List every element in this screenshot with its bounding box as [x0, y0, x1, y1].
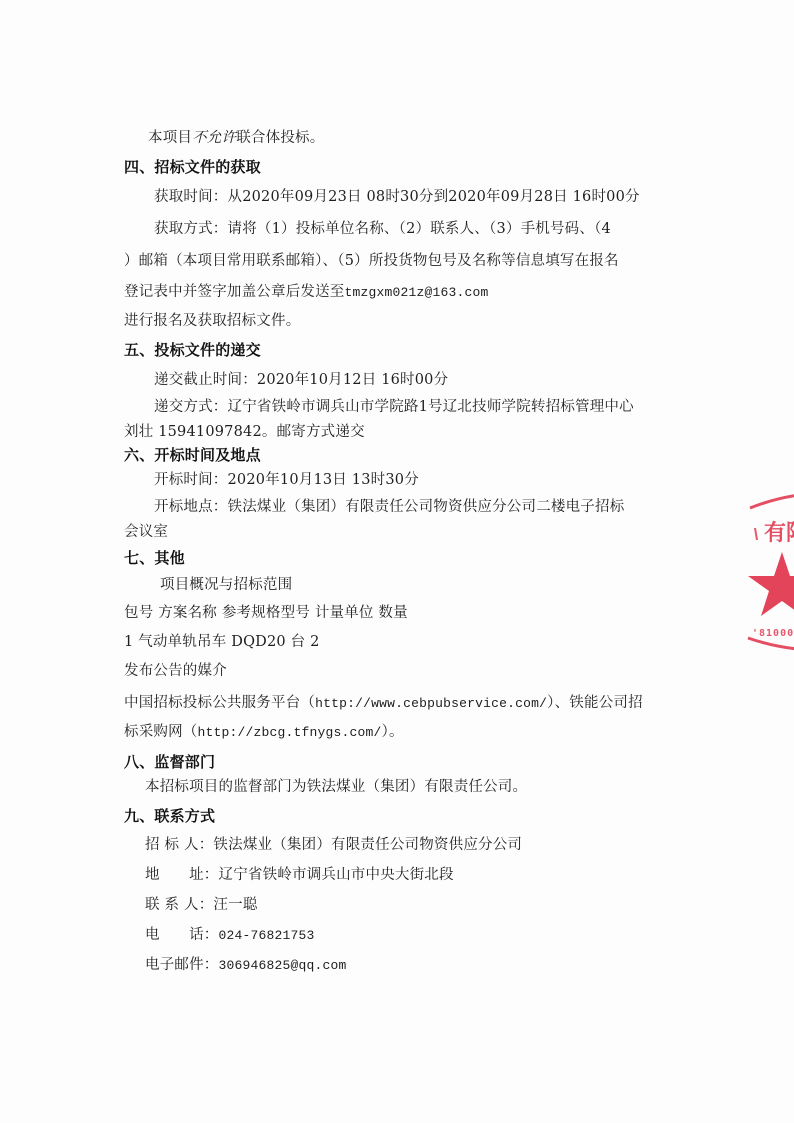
contact-value: 汪一聪: [213, 897, 257, 913]
registration-email-link[interactable]: tmzgxm021z@163.com: [345, 285, 489, 300]
joint-bid-statement: 本项目不允许联合体投标。: [148, 128, 324, 148]
contact-phone: 电 话：024-76821753: [145, 925, 315, 946]
acquisition-time: 获取时间：从2020年09月23日 08时30分到2020年09月28日 16时…: [154, 187, 640, 207]
project-overview-title: 项目概况与招标范围: [160, 575, 292, 595]
media-line1: 中国招标投标公共服务平台（http://www.cebpubservice.co…: [124, 693, 643, 714]
media-end: ）。: [382, 724, 404, 740]
section-heading-8: 八、监督部门: [124, 752, 215, 772]
contact-person: 联 系 人：汪一聪: [145, 895, 258, 915]
contact-tenderer: 招 标 人：铁法煤业（集团）有限责任公司物资供应分公司: [145, 835, 522, 855]
intro-prefix: 本项目: [148, 130, 192, 146]
acquisition-method-text: 登记表中并签字加盖公章后发送至: [124, 284, 345, 300]
media-separator: ）、铁能公司招: [547, 695, 643, 711]
contact-value: 铁法煤业（集团）有限责任公司物资供应分公司: [213, 837, 522, 853]
intro-suffix: 联合体投标。: [236, 130, 324, 146]
opening-time: 开标时间：2020年10月13日 13时30分: [154, 470, 419, 490]
section-heading-6: 六、开标时间及地点: [124, 445, 261, 465]
submission-method-line1: 递交方式：辽宁省铁岭市调兵山市学院路1号辽北技师学院转招标管理中心: [154, 397, 634, 417]
document-page: 本项目不允许联合体投标。 四、招标文件的获取 获取时间：从2020年09月23日…: [0, 0, 794, 1123]
acquisition-method-line3: 登记表中并签字加盖公章后发送至tmzgxm021z@163.com: [124, 282, 489, 303]
media-line2: 标采购网（http://zbcg.tfnygs.com/）。: [124, 722, 404, 743]
cebpubservice-link[interactable]: http://www.cebpubservice.com/: [315, 696, 547, 711]
contact-label: 地 址：: [145, 867, 219, 883]
contact-email: 电子邮件：306946825@qq.com: [145, 955, 347, 976]
section-heading-7: 七、其他: [124, 548, 185, 568]
opening-location-line1: 开标地点：铁法煤业（集团）有限责任公司物资供应分公司二楼电子招标: [154, 497, 624, 517]
section-heading-9: 九、联系方式: [124, 806, 215, 826]
zbcg-link[interactable]: http://zbcg.tfnygs.com/: [198, 725, 382, 740]
supervision-statement: 本招标项目的监督部门为铁法煤业（集团）有限责任公司。: [145, 777, 527, 797]
contact-address: 地 址：辽宁省铁岭市调兵山市中央大街北段: [145, 865, 454, 885]
acquisition-method-line4: 进行报名及获取招标文件。: [124, 311, 300, 331]
media-platform-name: 中国招标投标公共服务平台（: [124, 695, 315, 711]
contact-email-link[interactable]: 306946825@qq.com: [219, 958, 347, 973]
submission-method-line2: 刘壮 15941097842。邮寄方式递交: [124, 422, 365, 442]
opening-location-line2: 会议室: [124, 522, 168, 542]
media-title: 发布公告的媒介: [124, 661, 227, 681]
media-site-name: 标采购网（: [124, 724, 198, 740]
official-seal: 有限责 '810000: [720, 480, 794, 660]
item-table-row: 1 气动单轨吊车 DQD20 台 2: [124, 632, 320, 652]
contact-value: 024-76821753: [219, 928, 315, 943]
section-heading-5: 五、投标文件的递交: [124, 340, 261, 360]
intro-italic: 不允许: [192, 130, 236, 146]
acquisition-method-line1: 获取方式：请将（1）投标单位名称、（2）联系人、（3）手机号码、（4: [154, 219, 611, 239]
contact-label: 电子邮件：: [145, 957, 219, 973]
acquisition-method-line2: ）邮箱（本项目常用联系邮箱）、（5）所投货物包号及名称等信息填写在报名: [124, 251, 619, 271]
contact-label: 联 系 人：: [145, 897, 213, 913]
section-heading-4: 四、招标文件的获取: [124, 157, 261, 177]
contact-value: 辽宁省铁岭市调兵山市中央大街北段: [219, 867, 454, 883]
item-table-header: 包号 方案名称 参考规格型号 计量单位 数量: [124, 603, 408, 623]
seal-icon: 有限责 '810000: [720, 480, 794, 660]
contact-label: 电 话：: [145, 927, 219, 943]
seal-text: 有限责: [764, 520, 794, 546]
submission-deadline: 递交截止时间：2020年10月12日 16时00分: [154, 370, 448, 390]
contact-label: 招 标 人：: [145, 837, 213, 853]
seal-number: '810000: [752, 628, 794, 639]
